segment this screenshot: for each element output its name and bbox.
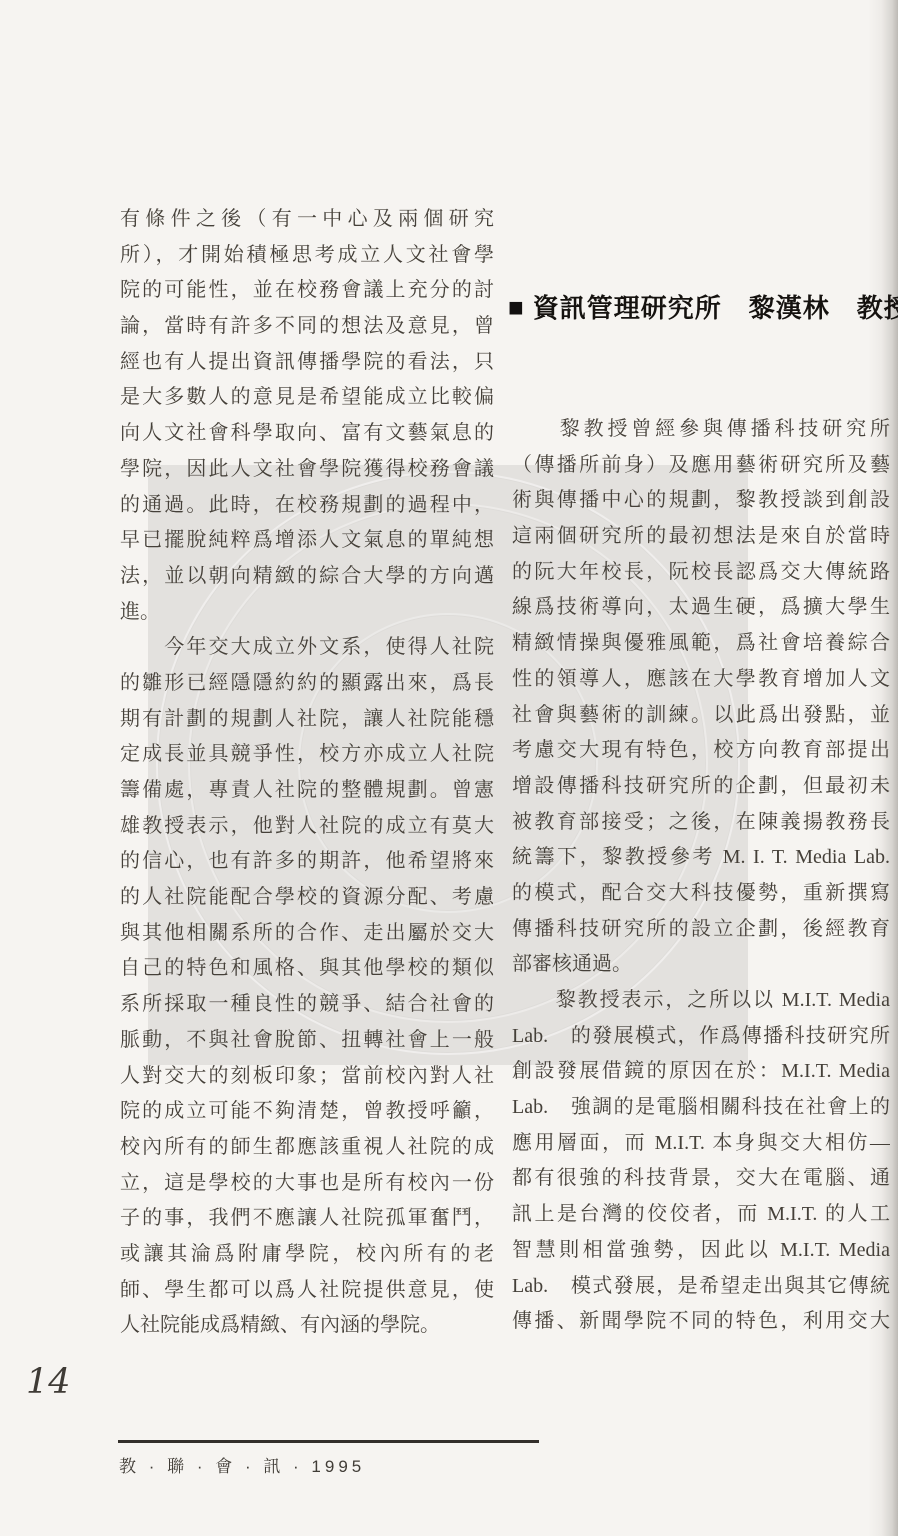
section-marker-icon: ■ [508, 294, 524, 320]
text-line: 這兩個研究所的最初想法是來自於當時 [512, 519, 890, 555]
text-line: Lab. 強調的是電腦相關科技在社會上的 [512, 1090, 890, 1126]
text-line: 早已擺脫純粹爲增添人文氣息的單純想 [120, 523, 494, 559]
text-line: 智慧則相當強勢，因此以 M.I.T. Media [512, 1233, 890, 1269]
text-line: 定成長並具競爭性，校方亦成立人社院 [120, 737, 494, 773]
text-line: 籌備處，專責人社院的整體規劃。曾憲 [120, 773, 494, 809]
text-line: 部審核通過。 [512, 947, 890, 983]
text-line: 人對交大的刻板印象；當前校內對人社 [120, 1059, 494, 1095]
section-header: ■ 資訊管理研究所 黎漢林 教授 [508, 288, 892, 325]
text-line: 線爲技術導向，太過生硬，爲擴大學生 [512, 590, 890, 626]
footer-rule [118, 1440, 539, 1443]
footer-journal-title: 教 · 聯 · 會 · 訊 · 1995 [119, 1452, 365, 1477]
text-line: Lab. 的發展模式，作爲傳播科技研究所 [512, 1019, 890, 1055]
text-line: 傳播、新聞學院不同的特色，利用交大 [512, 1304, 890, 1340]
text-line: 有條件之後（有一中心及兩個研究 [120, 202, 494, 238]
text-line: 的人社院能配合學校的資源分配、考慮 [120, 880, 494, 916]
text-line: 系所採取一種良性的競爭、結合社會的 [120, 987, 494, 1023]
text-line: 都有很強的科技背景，交大在電腦、通 [512, 1161, 890, 1197]
text-line: 訊上是台灣的佼佼者，而 M.I.T. 的人工 [512, 1197, 890, 1233]
text-line: 校內所有的師生都應該重視人社院的成 [120, 1130, 494, 1166]
text-line: 立，這是學校的大事也是所有校內一份 [120, 1166, 494, 1202]
text-line: 的信心，也有許多的期許，他希望將來 [120, 844, 494, 880]
text-line: 雄教授表示，他對人社院的成立有莫大 [120, 809, 494, 845]
text-line: 脈動，不與社會脫節、扭轉社會上一般 [120, 1023, 494, 1059]
text-line: 應用層面，而 M.I.T. 本身與交大相仿— [512, 1126, 890, 1162]
scanned-document-page: { "page": { "number": "14", "footer": "教… [0, 0, 898, 1536]
text-line: 黎教授曾經參與傳播科技研究所 [512, 412, 890, 448]
text-line: 或讓其淪爲附庸學院，校內所有的老 [120, 1237, 494, 1273]
text-line: 院的成立可能不夠清楚，曾教授呼籲， [120, 1094, 494, 1130]
text-line: 的雛形已經隱隱約約的顯露出來，爲長 [120, 666, 494, 702]
text-line: 法，並以朝向精緻的綜合大學的方向邁 [120, 559, 494, 595]
text-line: 自己的特色和風格、與其他學校的類似 [120, 951, 494, 987]
text-line: 是大多數人的意見是希望能成立比較偏 [120, 380, 494, 416]
text-line: 創設發展借鏡的原因在於：M.I.T. Media [512, 1054, 890, 1090]
text-line: 師、學生都可以爲人社院提供意見，使 [120, 1273, 494, 1309]
right-text-column: 黎教授曾經參與傳播科技研究所（傳播所前身）及應用藝術研究所及藝術與傳播中心的規劃… [512, 412, 890, 1340]
text-line: 院的可能性，並在校務會議上充分的討 [120, 273, 494, 309]
text-line: 的模式，配合交大科技優勢，重新撰寫 [512, 876, 890, 912]
text-line: 所），才開始積極思考成立人文社會學 [120, 238, 494, 274]
text-line: 的阮大年校長，阮校長認爲交大傳統路 [512, 555, 890, 591]
text-line: 傳播科技研究所的設立企劃，後經教育 [512, 912, 890, 948]
text-line: 學院，因此人文社會學院獲得校務會議 [120, 452, 494, 488]
text-line: 術與傳播中心的規劃，黎教授談到創設 [512, 483, 890, 519]
text-line: 黎教授表示，之所以以 M.I.T. Media [512, 983, 890, 1019]
text-line: 統籌下，黎教授參考 M. I. T. Media Lab. [512, 840, 890, 876]
text-line: 的通過。此時，在校務規劃的過程中， [120, 488, 494, 524]
text-line: （傳播所前身）及應用藝術研究所及藝 [512, 448, 890, 484]
text-line: 經也有人提出資訊傳播學院的看法，只 [120, 345, 494, 381]
text-line: 論，當時有許多不同的想法及意見，曾 [120, 309, 494, 345]
text-line: 今年交大成立外文系，使得人社院 [120, 630, 494, 666]
text-line: 期有計劃的規劃人社院，讓人社院能穩 [120, 702, 494, 738]
text-line: 與其他相關系所的合作、走出屬於交大 [120, 916, 494, 952]
text-line: 性的領導人，應該在大學教育增加人文 [512, 662, 890, 698]
text-line: 精緻情操與優雅風範，爲社會培養綜合 [512, 626, 890, 662]
text-line: Lab. 模式發展，是希望走出與其它傳統 [512, 1269, 890, 1305]
page-number: 14 [26, 1362, 71, 1402]
text-line: 向人文社會科學取向、富有文藝氣息的 [120, 416, 494, 452]
text-line: 考慮交大現有特色，校方向教育部提出 [512, 733, 890, 769]
text-line: 增設傳播科技研究所的企劃，但最初未 [512, 769, 890, 805]
left-text-column: 有條件之後（有一中心及兩個研究所），才開始積極思考成立人文社會學院的可能性，並在… [120, 202, 494, 1344]
text-line: 人社院能成爲精緻、有內涵的學院。 [120, 1308, 494, 1344]
section-title: 資訊管理研究所 黎漢林 教授 [533, 288, 898, 325]
text-line: 子的事，我們不應讓人社院孤軍奮鬥， [120, 1201, 494, 1237]
text-line: 進。 [120, 595, 494, 631]
text-line: 被教育部接受；之後，在陳義揚教務長 [512, 805, 890, 841]
text-line: 社會與藝術的訓練。以此爲出發點，並 [512, 698, 890, 734]
